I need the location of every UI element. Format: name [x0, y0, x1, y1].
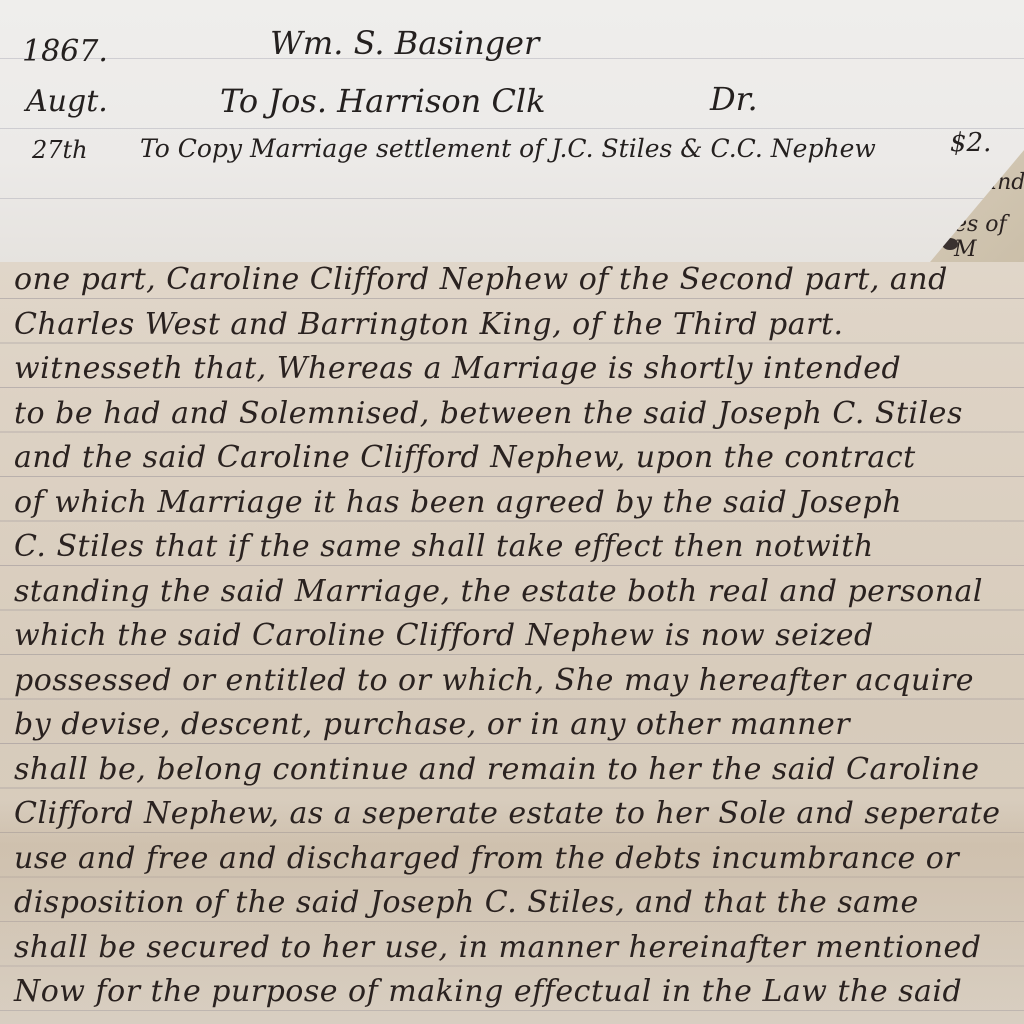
text-line: and the said Caroline Clifford Nephew, u… [14, 436, 1024, 481]
text-line: shall be, belong continue and remain to … [14, 748, 1024, 793]
settlement-text: one part, Caroline Clifford Nephew of th… [14, 258, 1024, 1015]
text-line: of which Marriage it has been agreed by … [14, 481, 1024, 526]
text-line: use and free and discharged from the deb… [14, 837, 1024, 882]
receipt-to-line: To Jos. Harrison Clk [220, 82, 546, 120]
text-line: shall be secured to her use, in manner h… [14, 926, 1024, 971]
text-line: Now for the purpose of making effectual … [14, 970, 1024, 1015]
text-line: Clifford Nephew, as a seperate estate to… [14, 792, 1024, 837]
text-line: C. Stiles that if the same shall take ef… [14, 525, 1024, 570]
text-line: witnesseth that, Whereas a Marriage is s… [14, 347, 1024, 392]
text-line: standing the said Marriage, the estate b… [14, 570, 1024, 615]
text-line: to be had and Solemnised, between the sa… [14, 392, 1024, 437]
text-line: one part, Caroline Clifford Nephew of th… [14, 258, 1024, 303]
receipt-dr: Dr. [710, 80, 758, 118]
text-line: disposition of the said Joseph C. Stiles… [14, 881, 1024, 926]
receipt-amount: $2. [950, 128, 991, 158]
receipt-year: 1867. [22, 34, 108, 69]
receipt-slip: 1867. Wm. S. Basinger Augt. To Jos. Harr… [0, 0, 1024, 262]
receipt-day: 27th [32, 136, 88, 164]
receipt-payer: Wm. S. Basinger [270, 24, 539, 62]
text-line: which the said Caroline Clifford Nephew … [14, 614, 1024, 659]
receipt-entry: To Copy Marriage settlement of J.C. Stil… [140, 134, 876, 163]
text-line: by devise, descent, purchase, or in any … [14, 703, 1024, 748]
text-line: Charles West and Barrington King, of the… [14, 303, 1024, 348]
text-line: possessed or entitled to or which, She m… [14, 659, 1024, 704]
receipt-month: Augt. [26, 84, 108, 119]
